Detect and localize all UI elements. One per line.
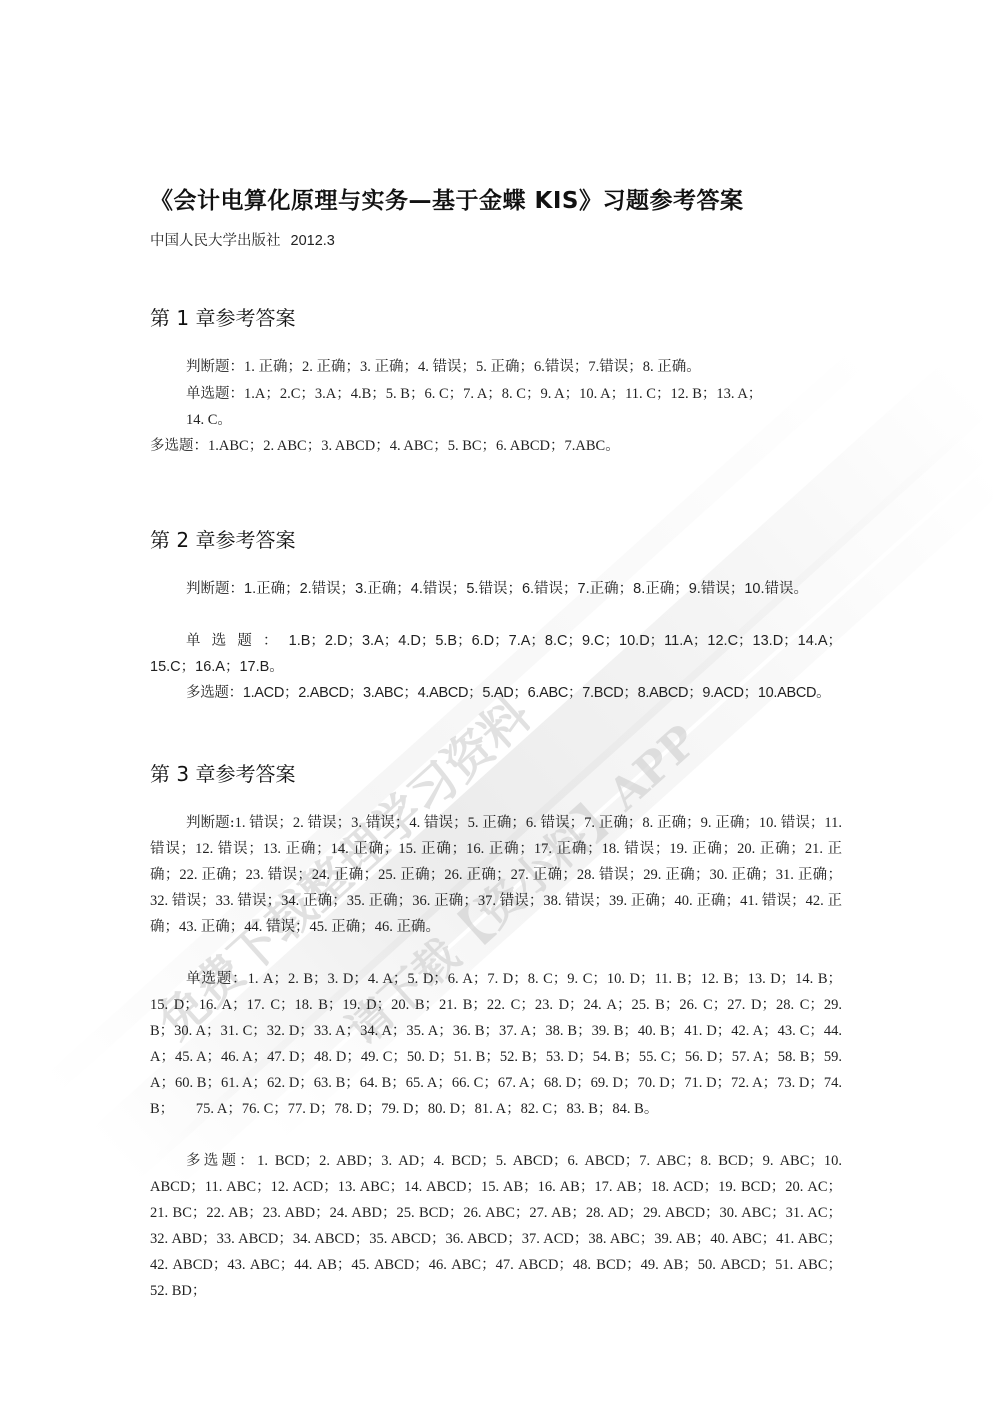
single-choice-label: 单选题：: [186, 971, 248, 987]
multiple-choice-label: 多选题：: [186, 1153, 257, 1169]
chapter-3-multiple-choice: 多选题：1. BCD；2. ABD；3. AD；4. BCD；5. ABCD；6…: [150, 1148, 842, 1304]
multiple-choice-label: 多选题：: [186, 685, 243, 701]
true-false-label: 判断题:: [186, 815, 235, 831]
chapter-2-multiple-choice: 多选题：1.ACD；2.ABCD；3.ABC；4.ABCD；5.AD；6.ABC…: [150, 680, 842, 706]
chapter-2-true-false: 判断题：1.正确；2.错误；3.正确；4.错误；5.错误；6.错误；7.正确；8…: [150, 576, 842, 602]
publisher-name: 中国人民大学出版社: [150, 233, 281, 249]
true-false-label: 判断题：: [186, 581, 244, 597]
chapter-1-single-choice: 单选题：1.A；2.C；3.A；4.B；5. B；6. C；7. A；8. C；…: [150, 381, 842, 433]
chapter-3-single-choice: 单选题：1. A；2. B；3. D；4. A；5. D；6. A；7. D；8…: [150, 966, 842, 1122]
single-choice-answers-line1: 1.A；2.C；3.A；4.B；5. B；6. C；7. A；8. C；9. A…: [244, 386, 762, 402]
true-false-answers: 1. 正确；2. 正确；3. 正确；4. 错误；5. 正确；6.错误；7.错误；…: [244, 359, 701, 375]
edition-date: 2012.3: [291, 233, 335, 249]
true-false-answers: 1. 错误；2. 错误；3. 错误；4. 错误；5. 正确；6. 错误；7. 正…: [150, 815, 842, 935]
multiple-choice-label: 多选题：: [150, 438, 208, 454]
publisher-line: 中国人民大学出版社2012.3: [150, 229, 335, 250]
chapter-1-multiple-choice: 多选题：1.ABC；2. ABC；3. ABCD；4. ABC；5. BC；6.…: [150, 433, 842, 459]
chapter-1-heading: 第 1 章参考答案: [150, 302, 295, 331]
multiple-choice-answers: 1. BCD；2. ABD；3. AD；4. BCD；5. ABCD；6. AB…: [150, 1153, 842, 1299]
chapter-2-heading: 第 2 章参考答案: [150, 524, 295, 553]
true-false-label: 判断题：: [186, 359, 244, 375]
chapter-1-true-false: 判断题：1. 正确；2. 正确；3. 正确；4. 错误；5. 正确；6.错误；7…: [150, 354, 842, 380]
document-page: 免费下载整理学习资料 请下载【资小料】APP 《会计电算化原理与实务—基于金蝶 …: [0, 0, 993, 1404]
single-choice-label: 单选题：: [186, 633, 289, 649]
multiple-choice-answers: 1.ABC；2. ABC；3. ABCD；4. ABC；5. BC；6. ABC…: [208, 438, 620, 454]
single-choice-label: 单选题：: [186, 386, 244, 402]
single-choice-answers: 1. A；2. B；3. D；4. A；5. D；6. A；7. D；8. C；…: [150, 971, 842, 1117]
multiple-choice-answers: 1.ACD；2.ABCD；3.ABC；4.ABCD；5.AD；6.ABC；7.B…: [243, 685, 831, 701]
chapter-2-single-choice: 单选题：1.B；2.D；3.A；4.D；5.B；6.D；7.A；8.C；9.C；…: [150, 628, 842, 680]
chapter-3-true-false: 判断题:1. 错误；2. 错误；3. 错误；4. 错误；5. 正确；6. 错误；…: [150, 810, 842, 940]
chapter-3-heading: 第 3 章参考答案: [150, 758, 295, 787]
document-title: 《会计电算化原理与实务—基于金蝶 KIS》习题参考答案: [150, 182, 743, 215]
single-choice-answers-line2: 14. C。: [186, 412, 232, 428]
true-false-answers: 1.正确；2.错误；3.正确；4.错误；5.错误；6.错误；7.正确；8.正确；…: [244, 581, 808, 597]
